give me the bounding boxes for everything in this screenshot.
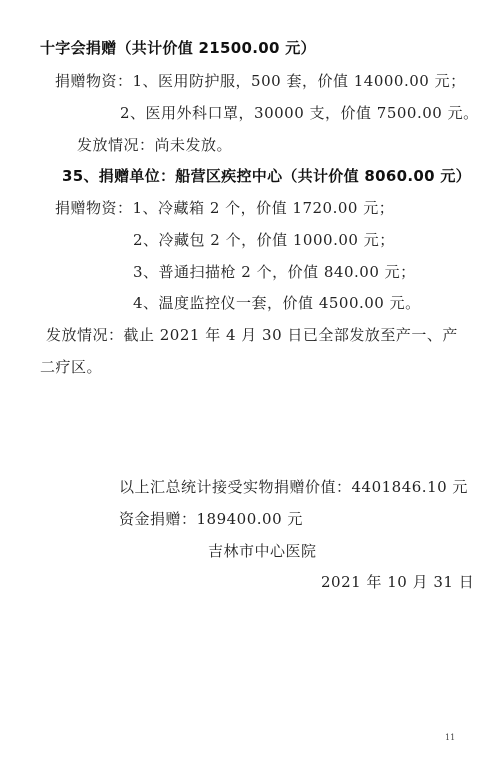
list-item: 1、冷藏箱 2 个，价值 1720.00 元； — [133, 199, 395, 217]
distribution-status: 发放情况：截止 2021 年 4 月 30 日已全部发放至产一、产 — [46, 325, 458, 345]
organization-signature: 吉林市中心医院 — [208, 541, 317, 561]
items-label: 捐赠物资： — [55, 72, 133, 90]
section-heading-red-cross: 十字会捐赠（共计价值 21500.00 元） — [40, 38, 316, 58]
section-heading-35: 35、捐赠单位：船营区疾控中心（共计价值 8060.00 元） — [62, 166, 471, 186]
list-item: 1、医用防护服，500 套，价值 14000.00 元； — [133, 72, 466, 90]
donated-items-row: 捐赠物资：1、医用防护服，500 套，价值 14000.00 元； — [55, 71, 466, 91]
donated-items-row: 捐赠物资：1、冷藏箱 2 个，价值 1720.00 元； — [55, 198, 394, 218]
cash-donation: 资金捐赠：189400.00 元 — [119, 509, 303, 529]
list-item: 4、温度监控仪一套，价值 4500.00 元。 — [133, 293, 421, 313]
list-item: 3、普通扫描枪 2 个，价值 840.00 元； — [133, 262, 416, 282]
distribution-status: 发放情况：尚未发放。 — [77, 135, 232, 155]
items-label: 捐赠物资： — [55, 199, 133, 217]
list-item: 2、冷藏包 2 个，价值 1000.00 元； — [133, 230, 395, 250]
signature-date: 2021 年 10 月 31 日 — [321, 572, 474, 592]
page-number: 11 — [445, 733, 455, 742]
list-item: 2、医用外科口罩，30000 支，价值 7500.00 元。 — [120, 103, 479, 123]
distribution-status-continued: 二疗区。 — [40, 357, 102, 377]
total-in-kind-value: 以上汇总统计接受实物捐赠价值：4401846.10 元 — [119, 477, 468, 497]
